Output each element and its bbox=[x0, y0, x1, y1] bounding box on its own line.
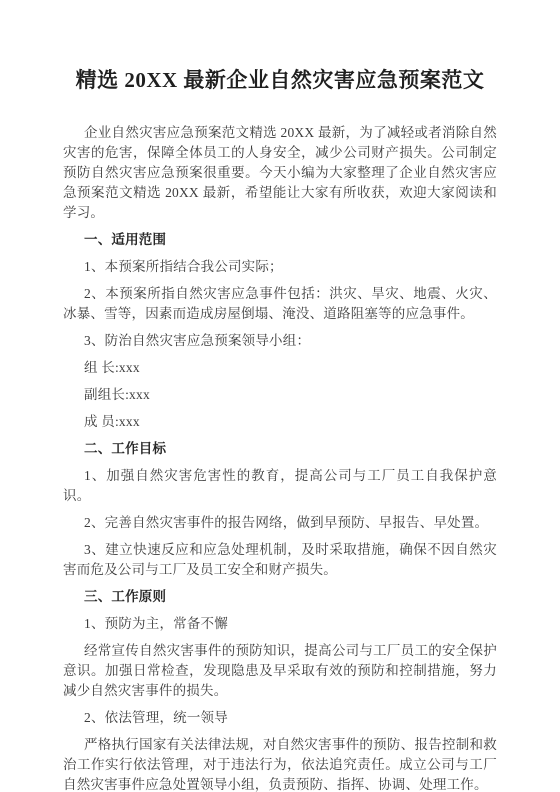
paragraph: 经常宣传自然灾害事件的预防知识，提高公司与工厂员工的安全保护意识。加强日常检查，… bbox=[63, 641, 497, 701]
intro-paragraph: 企业自然灾害应急预案范文精选 20XX 最新，为了减轻或者消除自然灾害的危害，保… bbox=[63, 123, 497, 223]
paragraph: 1、预防为主，常备不懈 bbox=[63, 614, 497, 634]
section-heading-goals: 二、工作目标 bbox=[63, 439, 497, 459]
paragraph: 3、防治自然灾害应急预案领导小组： bbox=[63, 331, 497, 351]
paragraph: 2、依法管理，统一领导 bbox=[63, 708, 497, 728]
paragraph: 1、加强自然灾害危害性的教育，提高公司与工厂员工自我保护意识。 bbox=[63, 466, 497, 506]
team-role-line-deputy: 副组长:xxx bbox=[63, 385, 497, 405]
paragraph: 3、建立快速反应和应急处理机制，及时采取措施，确保不因自然灾害而危及公司与工厂及… bbox=[63, 540, 497, 580]
paragraph: 2、完善自然灾害事件的报告网络，做到早预防、早报告、早处置。 bbox=[63, 513, 497, 533]
section-heading-scope: 一、适用范围 bbox=[63, 230, 497, 250]
document-page: 精选 20XX 最新企业自然灾害应急预案范文 企业自然灾害应急预案范文精选 20… bbox=[0, 0, 560, 792]
team-role-line-members: 成 员:xxx bbox=[63, 412, 497, 432]
paragraph: 严格执行国家有关法律法规，对自然灾害事件的预防、报告控制和救治工作实行依法管理，… bbox=[63, 735, 497, 792]
team-role-line-leader: 组 长:xxx bbox=[63, 358, 497, 378]
section-heading-principles: 三、工作原则 bbox=[63, 587, 497, 607]
document-title: 精选 20XX 最新企业自然灾害应急预案范文 bbox=[63, 66, 497, 94]
paragraph: 2、本预案所指自然灾害应急事件包括：洪灾、旱灾、地震、火灾、冰暴、雪等，因素而造… bbox=[63, 284, 497, 324]
paragraph: 1、本预案所指结合我公司实际； bbox=[63, 257, 497, 277]
